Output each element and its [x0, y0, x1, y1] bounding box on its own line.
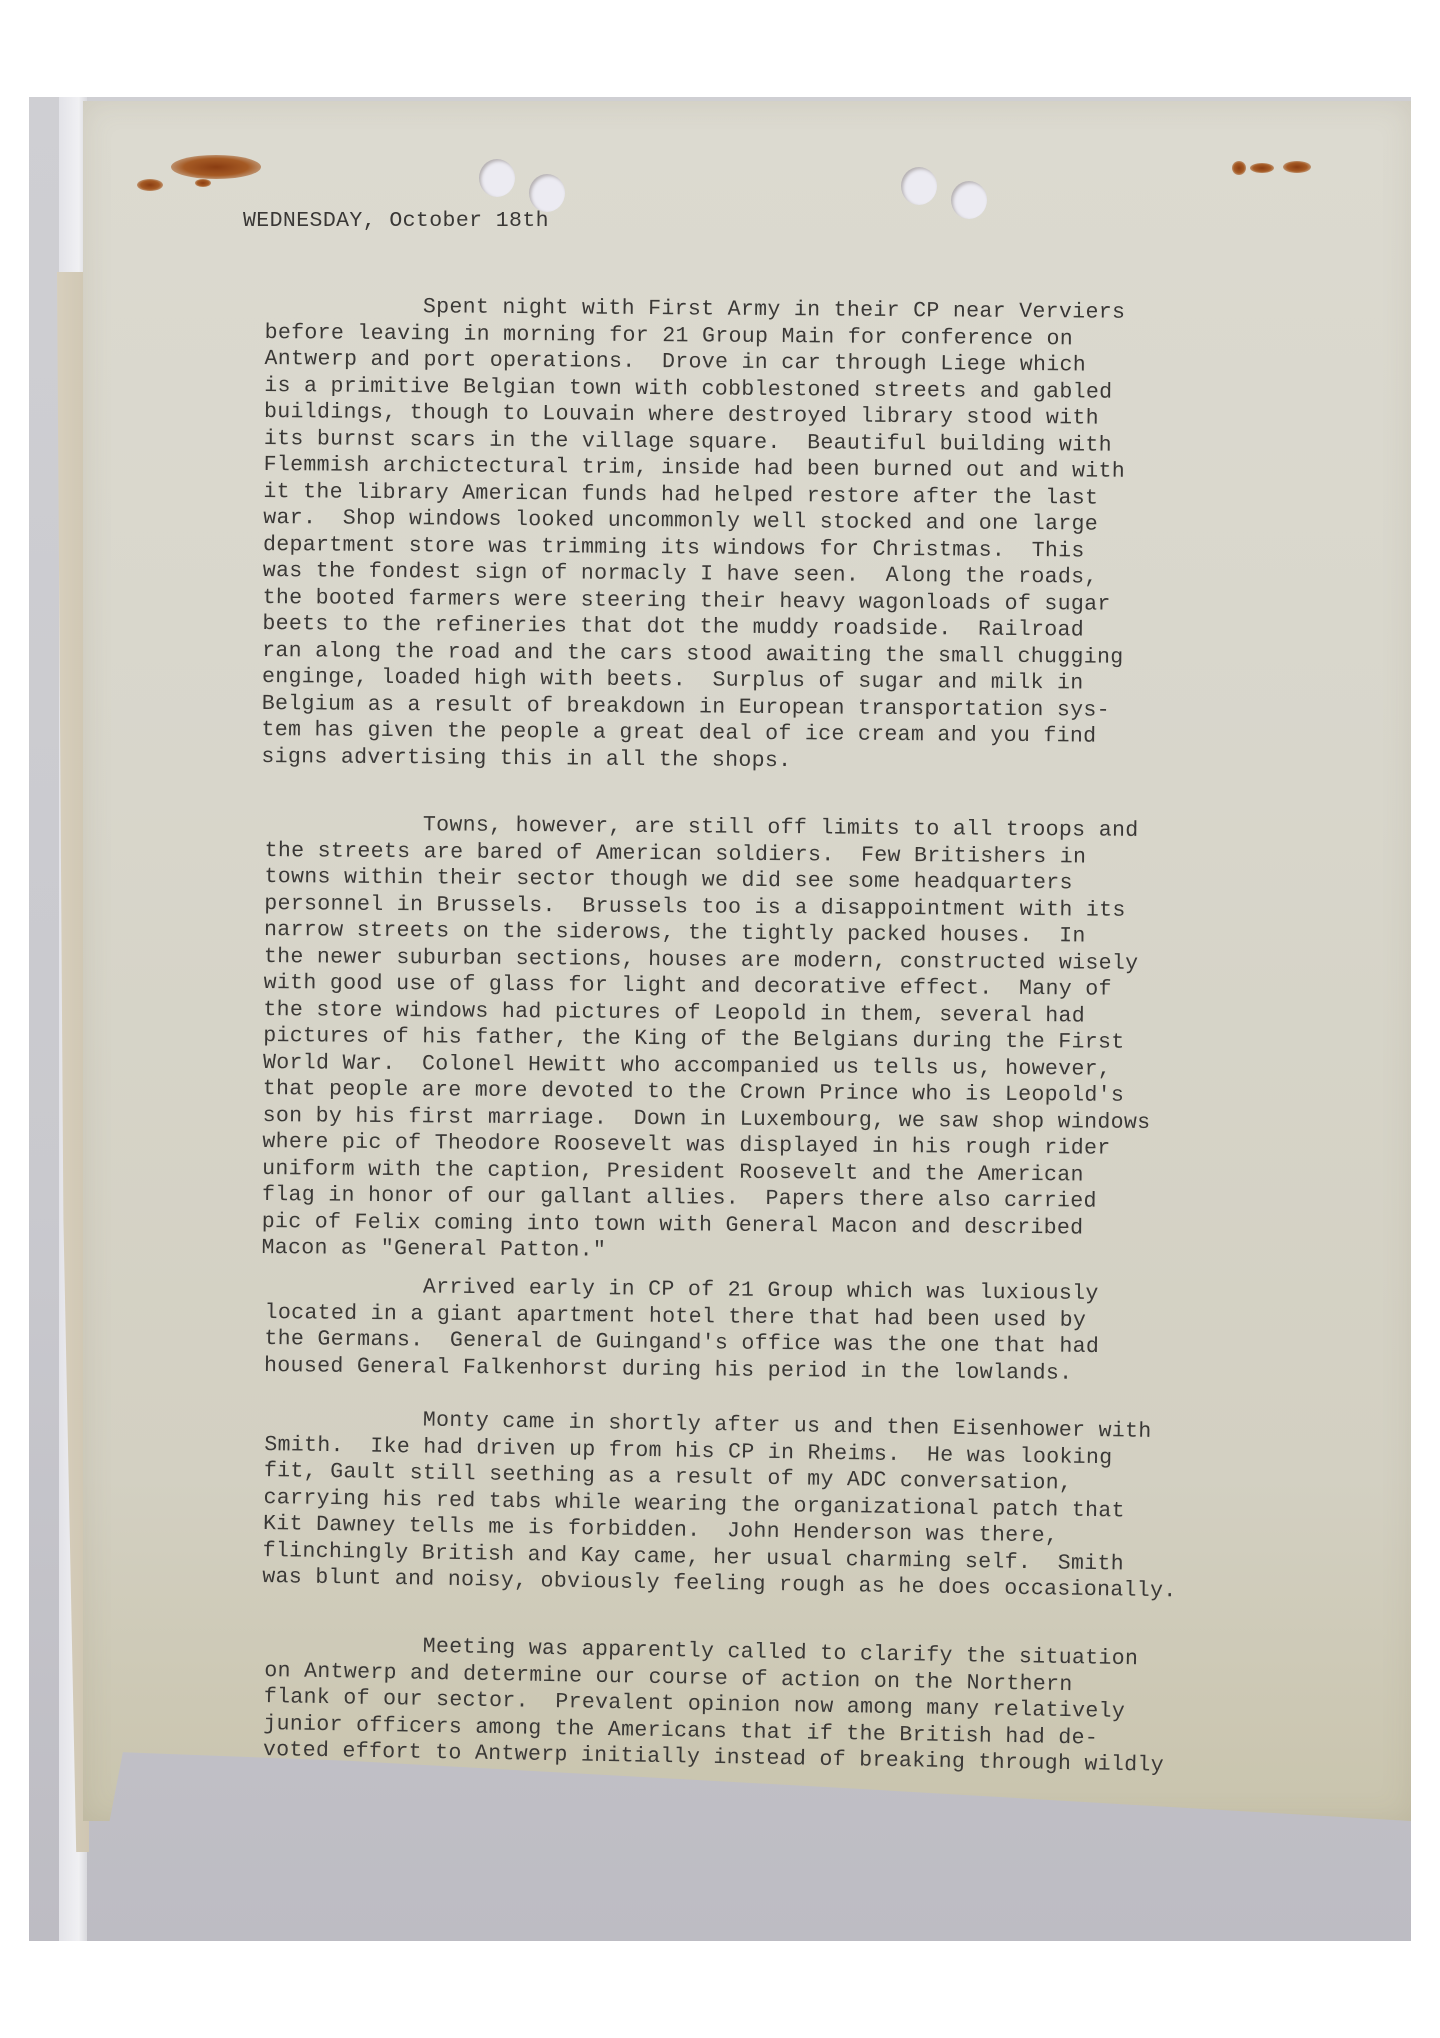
punch-hole-2 — [529, 174, 565, 212]
rust-stain-right-2 — [1250, 163, 1274, 173]
rust-stain-left-small-1 — [137, 179, 163, 191]
document-photo: WEDNESDAY, October 18th Spent night with… — [29, 97, 1411, 1941]
paragraph-5: Meeting was apparently called to clarify… — [263, 1631, 1166, 1779]
typewritten-page: WEDNESDAY, October 18th Spent night with… — [83, 101, 1411, 1821]
rust-stain-right-3 — [1283, 161, 1311, 173]
paragraph-1: Spent night with First Army in their CP … — [261, 293, 1126, 777]
rust-stain-right-1 — [1232, 161, 1246, 175]
diary-date-heading: WEDNESDAY, October 18th — [243, 209, 549, 233]
punch-hole-1 — [479, 159, 515, 197]
paragraph-3: Arrived early in CP of 21 Group which wa… — [264, 1273, 1100, 1387]
punch-hole-3 — [901, 167, 937, 205]
rust-stain-left-large — [171, 155, 261, 179]
paragraph-4: Monty came in shortly after us and then … — [262, 1405, 1179, 1605]
paragraph-2: Towns, however, are still off limits to … — [261, 811, 1152, 1268]
punch-hole-4 — [951, 181, 987, 219]
rust-stain-left-small-2 — [195, 179, 211, 187]
